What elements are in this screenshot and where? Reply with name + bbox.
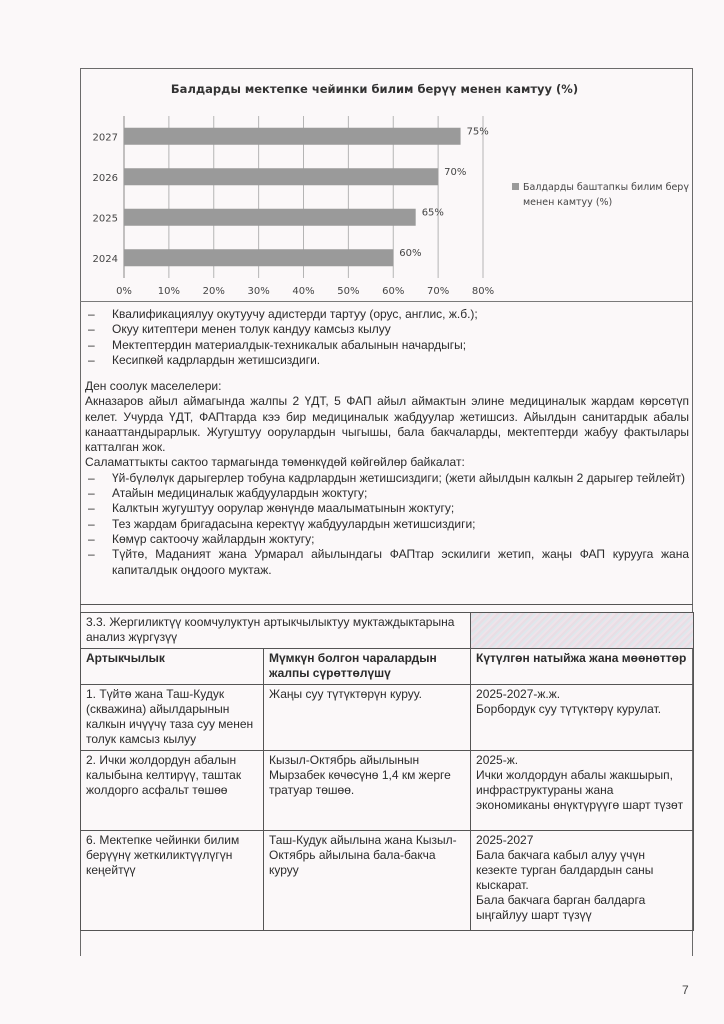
cell-result: 2025-2027 Бала бакчага кабыл алуу үчүн к…: [471, 831, 694, 931]
list-item: Атайын медициналык жабдуулардын жоктугу;: [85, 486, 689, 501]
legend-label-line2: менен камтуу (%): [512, 195, 692, 210]
svg-text:65%: 65%: [422, 207, 444, 218]
svg-text:50%: 50%: [337, 286, 359, 297]
svg-text:2025: 2025: [93, 213, 118, 224]
svg-text:60%: 60%: [382, 286, 404, 297]
list-item: Окуу китептери менен толук кандуу камсыз…: [85, 322, 689, 337]
divider: [80, 604, 693, 605]
cell-measures: Жаңы суу түтүктөрүн куруу.: [264, 685, 471, 751]
cell-result: 2025-ж. Ички жолдордун абалы жакшырып, и…: [471, 751, 694, 831]
cell-measures: Кызыл-Октябрь айылынын Мырзабек көчөсүнө…: [264, 751, 471, 831]
health-problems-intro: Саламаттыкты сактоо тармагында төмөнкүдө…: [85, 455, 689, 470]
svg-text:2024: 2024: [93, 254, 118, 265]
table-row: 2. Ички жолдордун абалын калыбына келтир…: [81, 751, 694, 831]
svg-text:60%: 60%: [399, 248, 421, 259]
cell-result: 2025-2027-ж.ж. Борбордук суу түтүктөрү к…: [471, 685, 694, 751]
svg-text:70%: 70%: [444, 167, 466, 178]
section-title: 3.3. Жергиликтүү коомчулуктун артыкчылык…: [81, 613, 471, 649]
chart-legend: Балдарды баштапкы билим берү менен камту…: [512, 180, 692, 210]
health-heading: Ден соолук маселелери:: [85, 379, 689, 394]
result-text-2: Бала бакчага барган балдарга ыңгайлуу ша…: [476, 893, 688, 923]
table-row: 1. Түйтө жана Таш-Кудук (скважина) айылд…: [81, 685, 694, 751]
list-item: Түйтө, Маданият жана Урмарал айылындагы …: [85, 547, 689, 578]
svg-text:10%: 10%: [158, 286, 180, 297]
cell-priority: 6. Мектепке чейинки билим берүүнү жеткил…: [81, 831, 264, 931]
education-issues: Квалификациялуу окутуучу адистерди тарту…: [85, 307, 689, 368]
svg-text:2026: 2026: [93, 173, 118, 184]
list-item: Калктын жугуштуу оорулар жөнүндө маалыма…: [85, 501, 689, 516]
list-item: Квалификациялуу окутуучу адистерди тарту…: [85, 307, 689, 322]
header-measures: Мүмкүн болгон чаралардын жалпы сүрөттөлү…: [264, 649, 471, 685]
legend-swatch: [512, 183, 519, 190]
cell-measures: Таш-Кудук айылына жана Кызыл-Октябрь айы…: [264, 831, 471, 931]
list-item: Тез жардам бригадасына керектүү жабдуула…: [85, 517, 689, 532]
priority-table: 3.3. Жергиликтүү коомчулуктун артыкчылык…: [80, 612, 693, 931]
list-item: Кесипкөй кадрлардын жетишсиздиги.: [85, 353, 689, 368]
result-period: 2025-2027-ж.ж.: [476, 687, 560, 702]
legend-label-line1: Балдарды баштапкы билим берү: [523, 182, 689, 193]
svg-text:20%: 20%: [203, 286, 225, 297]
list-item: Көмүр сактоочу жайлардын жоктугу;: [85, 532, 689, 547]
list-item: Мектептердин материалдык-техникалык абал…: [85, 338, 689, 353]
cell-priority: 2. Ички жолдордун абалын калыбына келтир…: [81, 751, 264, 831]
section-title-row: 3.3. Жергиликтүү коомчулуктун артыкчылык…: [81, 613, 694, 649]
svg-text:70%: 70%: [427, 286, 449, 297]
hatched-cell: [471, 613, 694, 649]
svg-text:75%: 75%: [467, 126, 489, 137]
header-priority: Артыкчылык: [81, 649, 264, 685]
svg-text:2027: 2027: [93, 132, 118, 143]
cell-priority: 1. Түйтө жана Таш-Кудук (скважина) айылд…: [81, 685, 264, 751]
result-period: 2025-ж.: [476, 753, 688, 768]
svg-text:30%: 30%: [248, 286, 270, 297]
result-text: Ички жолдордун абалы жакшырып, инфрастру…: [476, 768, 688, 813]
svg-text:80%: 80%: [472, 286, 494, 297]
header-result: Күтүлгөн натыйжа жана мөөнөттөр: [471, 649, 694, 685]
result-period: 2025-2027: [476, 833, 688, 848]
svg-text:40%: 40%: [292, 286, 314, 297]
health-paragraph: Акназаров айыл аймагында жалпы 2 ҮДТ, 5 …: [85, 394, 689, 455]
page-number: 7: [682, 983, 689, 997]
health-problems-list: Үй-бүлөлүк дарыгерлер тобуна кадрлардын …: [85, 471, 689, 578]
table-row: 6. Мектепке чейинки билим берүүнү жеткил…: [81, 831, 694, 931]
health-section: Ден соолук маселелери: Акназаров айыл ай…: [85, 379, 689, 578]
result-line: 2025-2027-ж.ж.: [476, 687, 688, 702]
education-issues-list: Квалификациялуу окутуучу адистерди тарту…: [85, 307, 689, 368]
table-header-row: Артыкчылык Мүмкүн болгон чаралардын жалп…: [81, 649, 694, 685]
coverage-chart: Балдарды мектепке чейинки билим берүү ме…: [80, 68, 693, 302]
list-item: Үй-бүлөлүк дарыгерлер тобуна кадрлардын …: [85, 471, 689, 486]
svg-text:0%: 0%: [116, 286, 132, 297]
result-text: Борбордук суу түтүктөрү курулат.: [476, 702, 688, 717]
result-text: Бала бакчага кабыл алуу үчүн кезекте тур…: [476, 848, 688, 893]
